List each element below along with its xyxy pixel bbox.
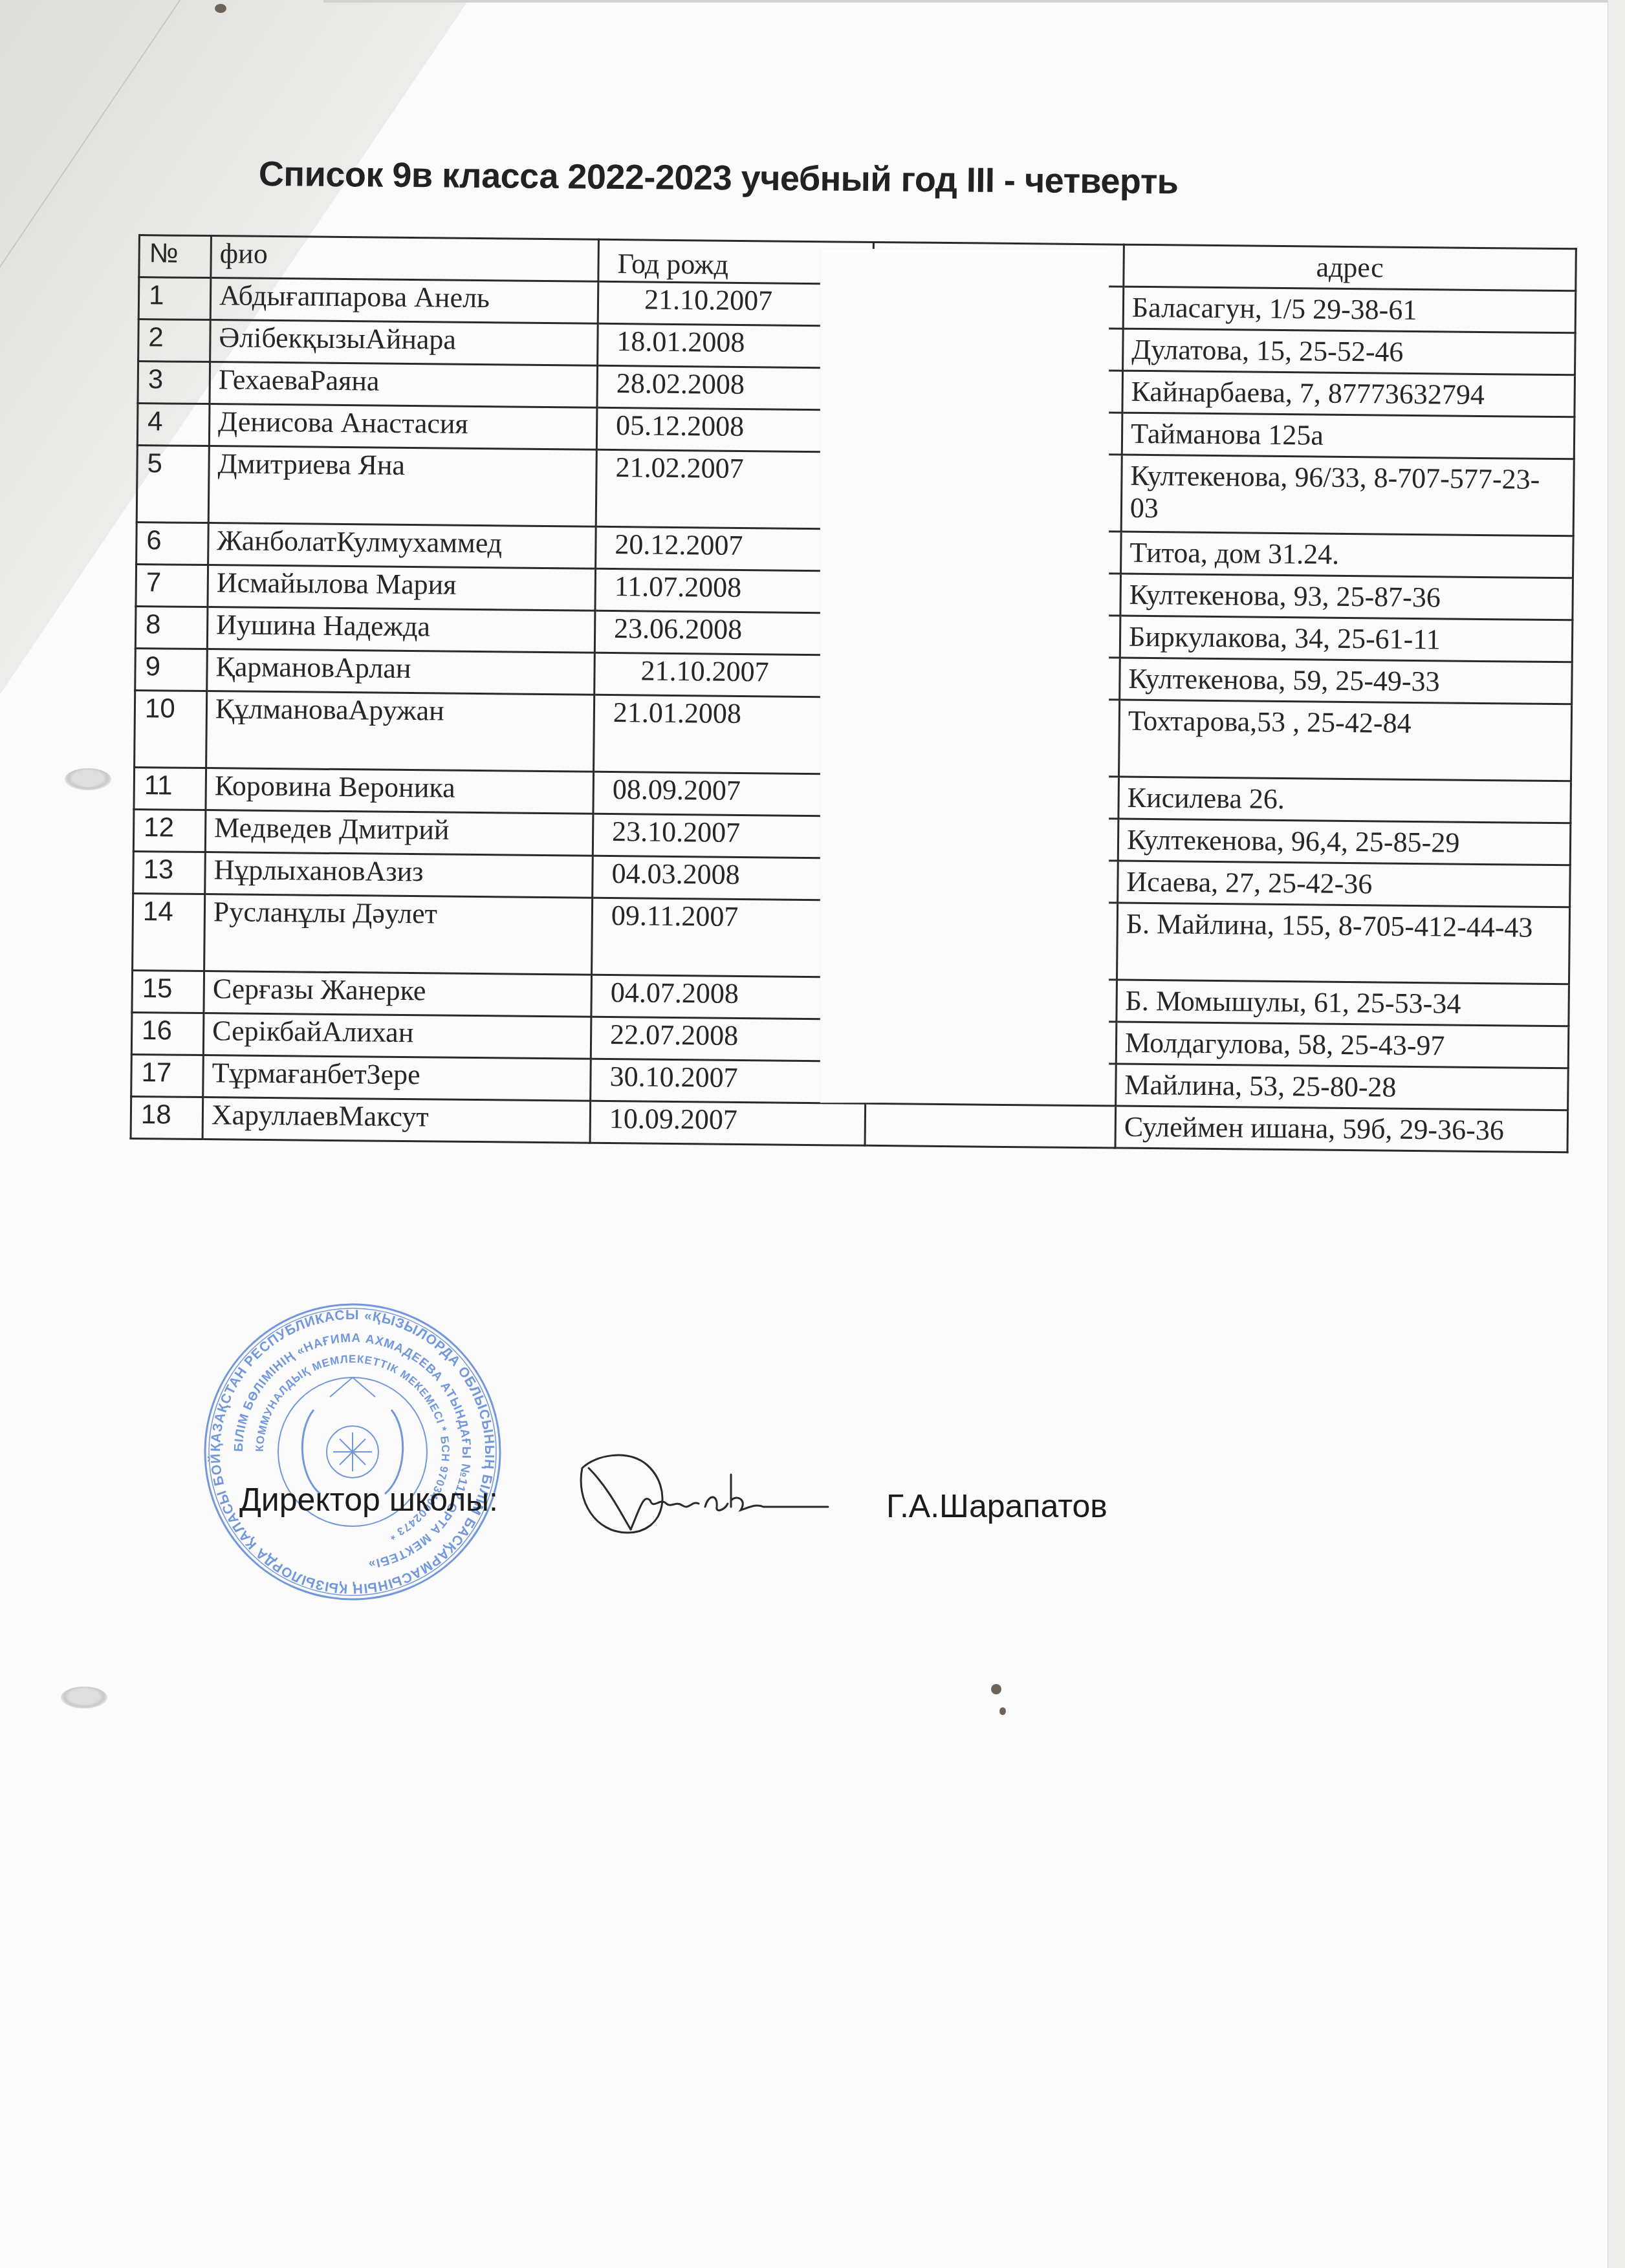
row-fio: Иушина Надежда [207, 607, 595, 653]
row-num: 12 [133, 809, 206, 852]
row-fio: Исмайылова Мария [208, 565, 596, 611]
row-address: Тайманова 125а [1122, 413, 1575, 459]
director-label: Директор школы: [239, 1481, 498, 1518]
row-num: 14 [133, 893, 205, 971]
row-fio: Медведев Дмитрий [205, 810, 593, 856]
row-num: 2 [138, 319, 211, 362]
row-num: 4 [137, 404, 210, 446]
row-fio: ТұрмағанбетЗере [203, 1055, 591, 1101]
row-address: Култекенова, 59, 25-49-33 [1120, 658, 1573, 704]
row-address: Култекенова, 96/33, 8-707-577-23-03 [1121, 455, 1574, 536]
row-fio: ГехаеваРаяна [210, 362, 598, 408]
header-fio: фио [211, 236, 599, 282]
row-num: 15 [132, 970, 204, 1013]
paper-speck [215, 4, 226, 13]
row-address: Майлина, 53, 25-80-28 [1116, 1064, 1569, 1110]
row-address: Дулатова, 15, 25-52-46 [1123, 329, 1576, 375]
row-fio: ЖанболатКулмухаммед [208, 523, 596, 569]
row-fio: Абдығаппарова Анель [210, 278, 598, 324]
paper-speck [999, 1707, 1006, 1715]
row-address: Култекенова, 93, 25-87-36 [1120, 574, 1573, 620]
row-fio: Серғазы Жанерке [204, 971, 592, 1017]
row-address: Титоа, дом 31.24. [1121, 532, 1574, 578]
row-num: 9 [135, 648, 208, 691]
punch-hole [65, 768, 111, 790]
row-address: Кайнарбаева, 7, 87773632794 [1122, 371, 1575, 417]
row-address: Б. Майлина, 155, 8-705-412-44-43 [1117, 903, 1570, 984]
row-dob: 10.09.2007 [590, 1101, 866, 1145]
row-num: 16 [131, 1012, 204, 1055]
row-fio: Русланұлы Дәулет [204, 894, 593, 975]
row-num: 7 [136, 564, 208, 607]
row-fio: Коровина Вероника [206, 768, 594, 814]
paper-top-edge [323, 0, 1611, 3]
punch-hole [61, 1687, 107, 1709]
row-iin-redacted [865, 1103, 1116, 1148]
row-fio: ӘлібекқызыАйнара [210, 320, 598, 366]
signature-icon [569, 1449, 841, 1539]
row-fio: Денисова Анастасия [209, 404, 597, 450]
header-num: № [139, 235, 212, 278]
row-num: 3 [138, 362, 210, 404]
redacted-column-overlay [820, 249, 1109, 1103]
row-num: 8 [135, 606, 208, 649]
row-num: 11 [134, 767, 206, 810]
document-title: Список 9в класса 2022-2023 учебный год I… [259, 154, 1294, 203]
row-address: Сулеймен ишана, 59б, 29-36-36 [1115, 1106, 1568, 1152]
row-fio: ҚармановАрлан [207, 649, 595, 695]
row-fio: Дмитриева Яна [208, 446, 596, 527]
row-num: 5 [136, 445, 209, 523]
row-address: Б. Момышулы, 61, 25-53-34 [1117, 980, 1569, 1026]
row-address: Молдагулова, 58, 25-43-97 [1116, 1022, 1569, 1068]
row-fio: СерікбайАлихан [203, 1013, 591, 1059]
row-address: Баласагун, 1/5 29-38-61 [1123, 286, 1576, 333]
row-address: Тохтарова,53 , 25-42-84 [1119, 700, 1572, 781]
signature-block: ҚАЗАҚСТАН РЕСПУБЛИКАСЫ «ҚЫЗЫЛОРДА ОБЛЫСЫ… [194, 1287, 1294, 1623]
row-fio: ХаруллаевМаксут [202, 1097, 591, 1143]
row-fio: НұрлыхановАзиз [205, 852, 593, 898]
row-num: 10 [135, 690, 207, 768]
row-num: 1 [138, 277, 211, 320]
row-address: Култекенова, 96,4, 25-85-29 [1118, 819, 1571, 865]
official-stamp-icon: ҚАЗАҚСТАН РЕСПУБЛИКАСЫ «ҚЫЗЫЛОРДА ОБЛЫСЫ… [201, 1300, 505, 1604]
paper-speck [991, 1684, 1001, 1694]
row-num: 17 [131, 1054, 204, 1097]
row-fio: ҚұлмановаАружан [206, 691, 594, 772]
header-address: адрес [1124, 244, 1576, 291]
row-address: Биркулакова, 34, 25-61-11 [1120, 616, 1573, 662]
director-name: Г.А.Шарапатов [886, 1487, 1107, 1525]
row-num: 13 [133, 851, 206, 894]
row-num: 18 [131, 1096, 203, 1139]
paper-right-edge [1608, 0, 1625, 2268]
row-address: Исаева, 27, 25-42-36 [1118, 861, 1571, 907]
row-num: 6 [136, 522, 209, 565]
row-address: Кисилева 26. [1118, 777, 1571, 823]
